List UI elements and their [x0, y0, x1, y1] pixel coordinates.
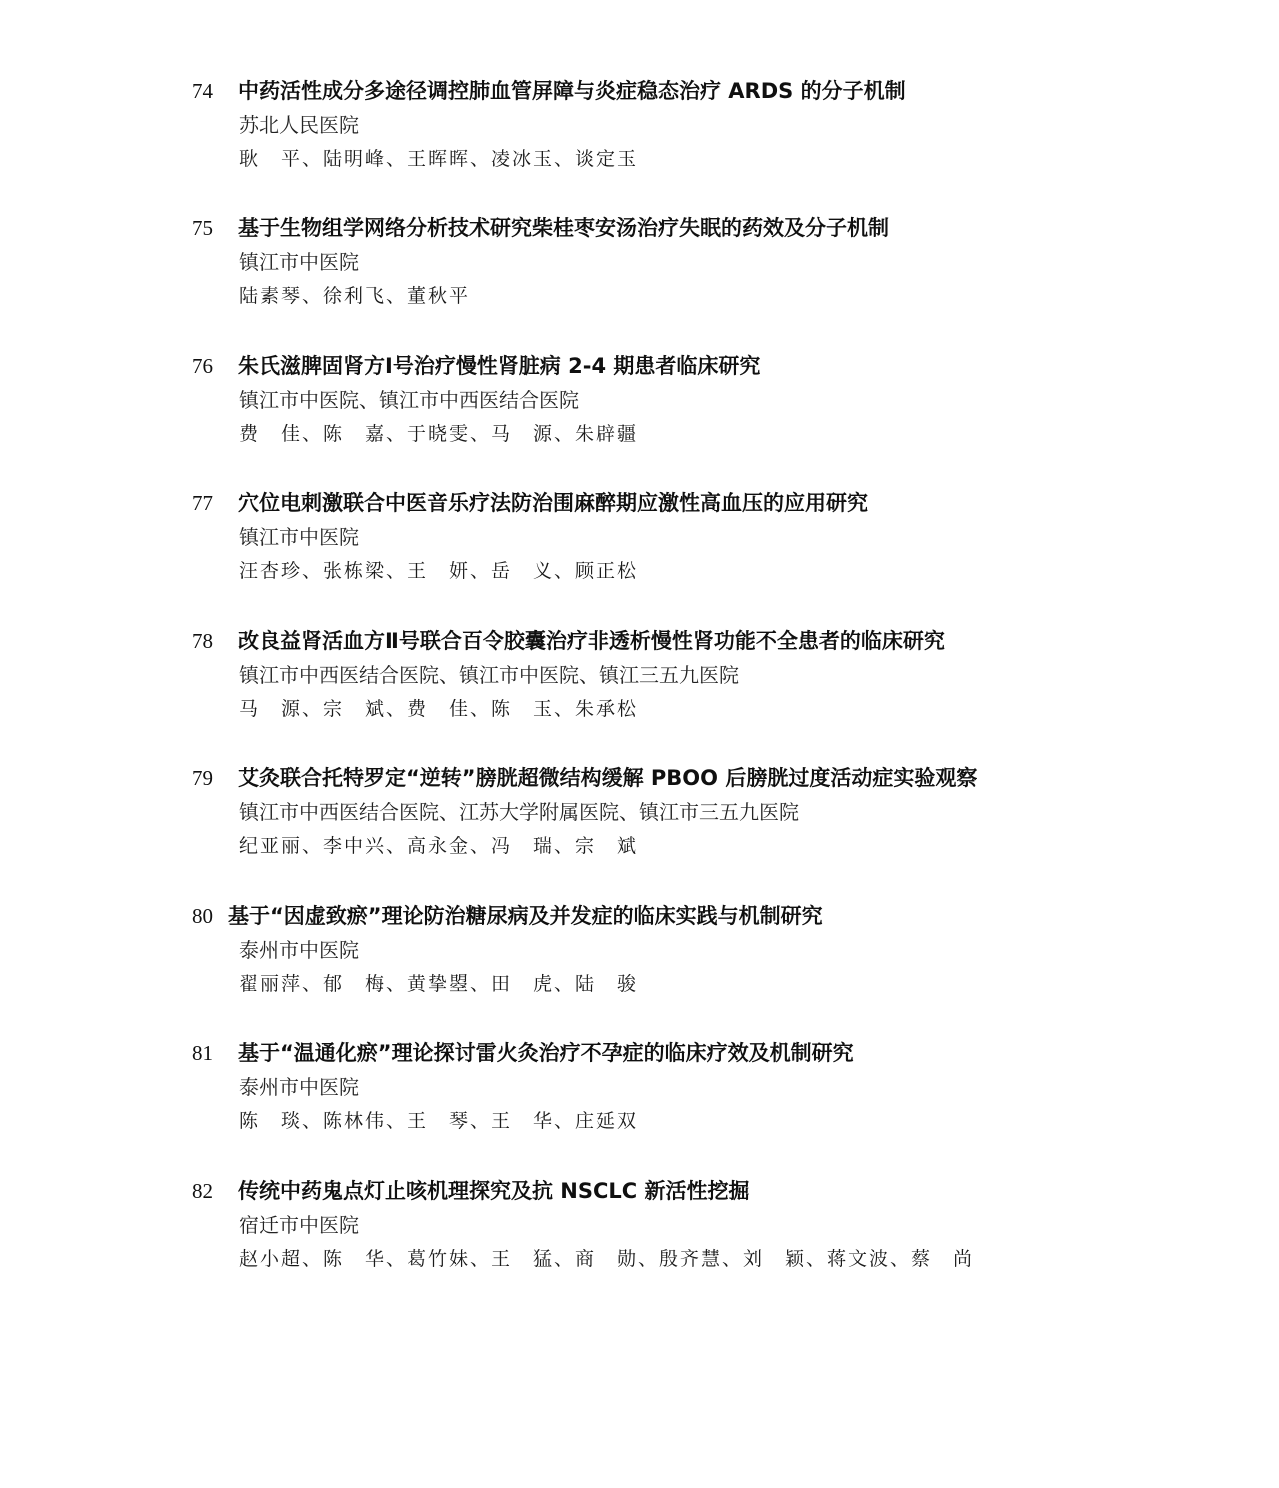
entry-number: 77	[192, 486, 238, 520]
entry-organization: 镇江市中西医结合医院、江苏大学附属医院、镇江市三五九医院	[239, 795, 1092, 829]
entry-title: 基于“因虚致瘀”理论防治糖尿病及并发症的临床实践与机制研究	[228, 899, 823, 933]
entry-number: 76	[192, 349, 238, 383]
entry-organization: 镇江市中医院、镇江市中西医结合医院	[239, 383, 1092, 417]
entry-organization: 泰州市中医院	[239, 1070, 1092, 1104]
entry-number: 82	[192, 1174, 238, 1208]
entry-authors: 汪杏珍、张栋梁、王 妍、岳 义、顾正松	[239, 554, 1092, 588]
entry-title: 改良益肾活血方Ⅱ号联合百令胶囊治疗非透析慢性肾功能不全患者的临床研究	[238, 624, 945, 658]
entry-organization: 泰州市中医院	[239, 933, 1092, 967]
entry-title-line: 79 艾灸联合托特罗定“逆转”膀胱超微结构缓解 PBOO 后膀胱过度活动症实验观…	[192, 761, 1092, 795]
entry-74: 74 中药活性成分多途径调控肺血管屏障与炎症稳态治疗 ARDS 的分子机制 苏北…	[192, 74, 1092, 176]
entry-title-line: 76 朱氏滋脾固肾方Ⅰ号治疗慢性肾脏病 2-4 期患者临床研究	[192, 349, 1092, 383]
entry-title-line: 78 改良益肾活血方Ⅱ号联合百令胶囊治疗非透析慢性肾功能不全患者的临床研究	[192, 624, 1092, 658]
entry-79: 79 艾灸联合托特罗定“逆转”膀胱超微结构缓解 PBOO 后膀胱过度活动症实验观…	[192, 761, 1092, 863]
entry-organization: 苏北人民医院	[239, 108, 1092, 142]
entry-authors: 赵小超、陈 华、葛竹妹、王 猛、商 勋、殷齐慧、刘 颖、蒋文波、蔡 尚	[239, 1242, 1092, 1276]
entry-title-line: 82 传统中药鬼点灯止咳机理探究及抗 NSCLC 新活性挖掘	[192, 1174, 1092, 1208]
entry-authors: 费 佳、陈 嘉、于晓雯、马 源、朱辟疆	[239, 417, 1092, 451]
entry-number: 79	[192, 761, 238, 795]
entry-organization: 镇江市中西医结合医院、镇江市中医院、镇江三五九医院	[239, 658, 1092, 692]
document-page: 74 中药活性成分多途径调控肺血管屏障与炎症稳态治疗 ARDS 的分子机制 苏北…	[0, 0, 1279, 1488]
entry-number: 81	[192, 1036, 238, 1070]
entry-78: 78 改良益肾活血方Ⅱ号联合百令胶囊治疗非透析慢性肾功能不全患者的临床研究 镇江…	[192, 624, 1092, 726]
entry-82: 82 传统中药鬼点灯止咳机理探究及抗 NSCLC 新活性挖掘 宿迁市中医院 赵小…	[192, 1174, 1092, 1276]
entry-number: 74	[192, 74, 238, 108]
entry-number: 78	[192, 624, 238, 658]
entry-title: 朱氏滋脾固肾方Ⅰ号治疗慢性肾脏病 2-4 期患者临床研究	[238, 349, 760, 383]
entry-title: 基于生物组学网络分析技术研究柴桂枣安汤治疗失眠的药效及分子机制	[238, 211, 889, 245]
entry-authors: 陈 琰、陈林伟、王 琴、王 华、庄延双	[239, 1104, 1092, 1138]
entry-title-line: 77 穴位电刺激联合中医音乐疗法防治围麻醉期应激性高血压的应用研究	[192, 486, 1092, 520]
entry-76: 76 朱氏滋脾固肾方Ⅰ号治疗慢性肾脏病 2-4 期患者临床研究 镇江市中医院、镇…	[192, 349, 1092, 451]
entry-organization: 宿迁市中医院	[239, 1208, 1092, 1242]
entry-80: 80 基于“因虚致瘀”理论防治糖尿病及并发症的临床实践与机制研究 泰州市中医院 …	[192, 899, 1092, 1001]
entry-81: 81 基于“温通化瘀”理论探讨雷火灸治疗不孕症的临床疗效及机制研究 泰州市中医院…	[192, 1036, 1092, 1138]
entry-title-line: 81 基于“温通化瘀”理论探讨雷火灸治疗不孕症的临床疗效及机制研究	[192, 1036, 1092, 1070]
entry-authors: 马 源、宗 斌、费 佳、陈 玉、朱承松	[239, 692, 1092, 726]
entry-title-line: 80 基于“因虚致瘀”理论防治糖尿病及并发症的临床实践与机制研究	[192, 899, 1092, 933]
entry-title: 中药活性成分多途径调控肺血管屏障与炎症稳态治疗 ARDS 的分子机制	[238, 74, 906, 108]
entry-organization: 镇江市中医院	[239, 520, 1092, 554]
entry-77: 77 穴位电刺激联合中医音乐疗法防治围麻醉期应激性高血压的应用研究 镇江市中医院…	[192, 486, 1092, 588]
entry-title: 艾灸联合托特罗定“逆转”膀胱超微结构缓解 PBOO 后膀胱过度活动症实验观察	[238, 761, 977, 795]
entry-authors: 陆素琴、徐利飞、董秋平	[239, 279, 1092, 313]
entry-authors: 纪亚丽、李中兴、高永金、冯 瑞、宗 斌	[239, 829, 1092, 863]
entry-number: 80	[192, 899, 228, 933]
entry-organization: 镇江市中医院	[239, 245, 1092, 279]
entry-authors: 翟丽萍、郁 梅、黄挚曌、田 虎、陆 骏	[239, 967, 1092, 1001]
entry-authors: 耿 平、陆明峰、王晖晖、凌冰玉、谈定玉	[239, 142, 1092, 176]
entry-number: 75	[192, 211, 238, 245]
entry-title: 基于“温通化瘀”理论探讨雷火灸治疗不孕症的临床疗效及机制研究	[238, 1036, 854, 1070]
entry-title-line: 74 中药活性成分多途径调控肺血管屏障与炎症稳态治疗 ARDS 的分子机制	[192, 74, 1092, 108]
entry-title: 穴位电刺激联合中医音乐疗法防治围麻醉期应激性高血压的应用研究	[238, 486, 868, 520]
entry-title-line: 75 基于生物组学网络分析技术研究柴桂枣安汤治疗失眠的药效及分子机制	[192, 211, 1092, 245]
entry-title: 传统中药鬼点灯止咳机理探究及抗 NSCLC 新活性挖掘	[238, 1174, 750, 1208]
entry-75: 75 基于生物组学网络分析技术研究柴桂枣安汤治疗失眠的药效及分子机制 镇江市中医…	[192, 211, 1092, 313]
